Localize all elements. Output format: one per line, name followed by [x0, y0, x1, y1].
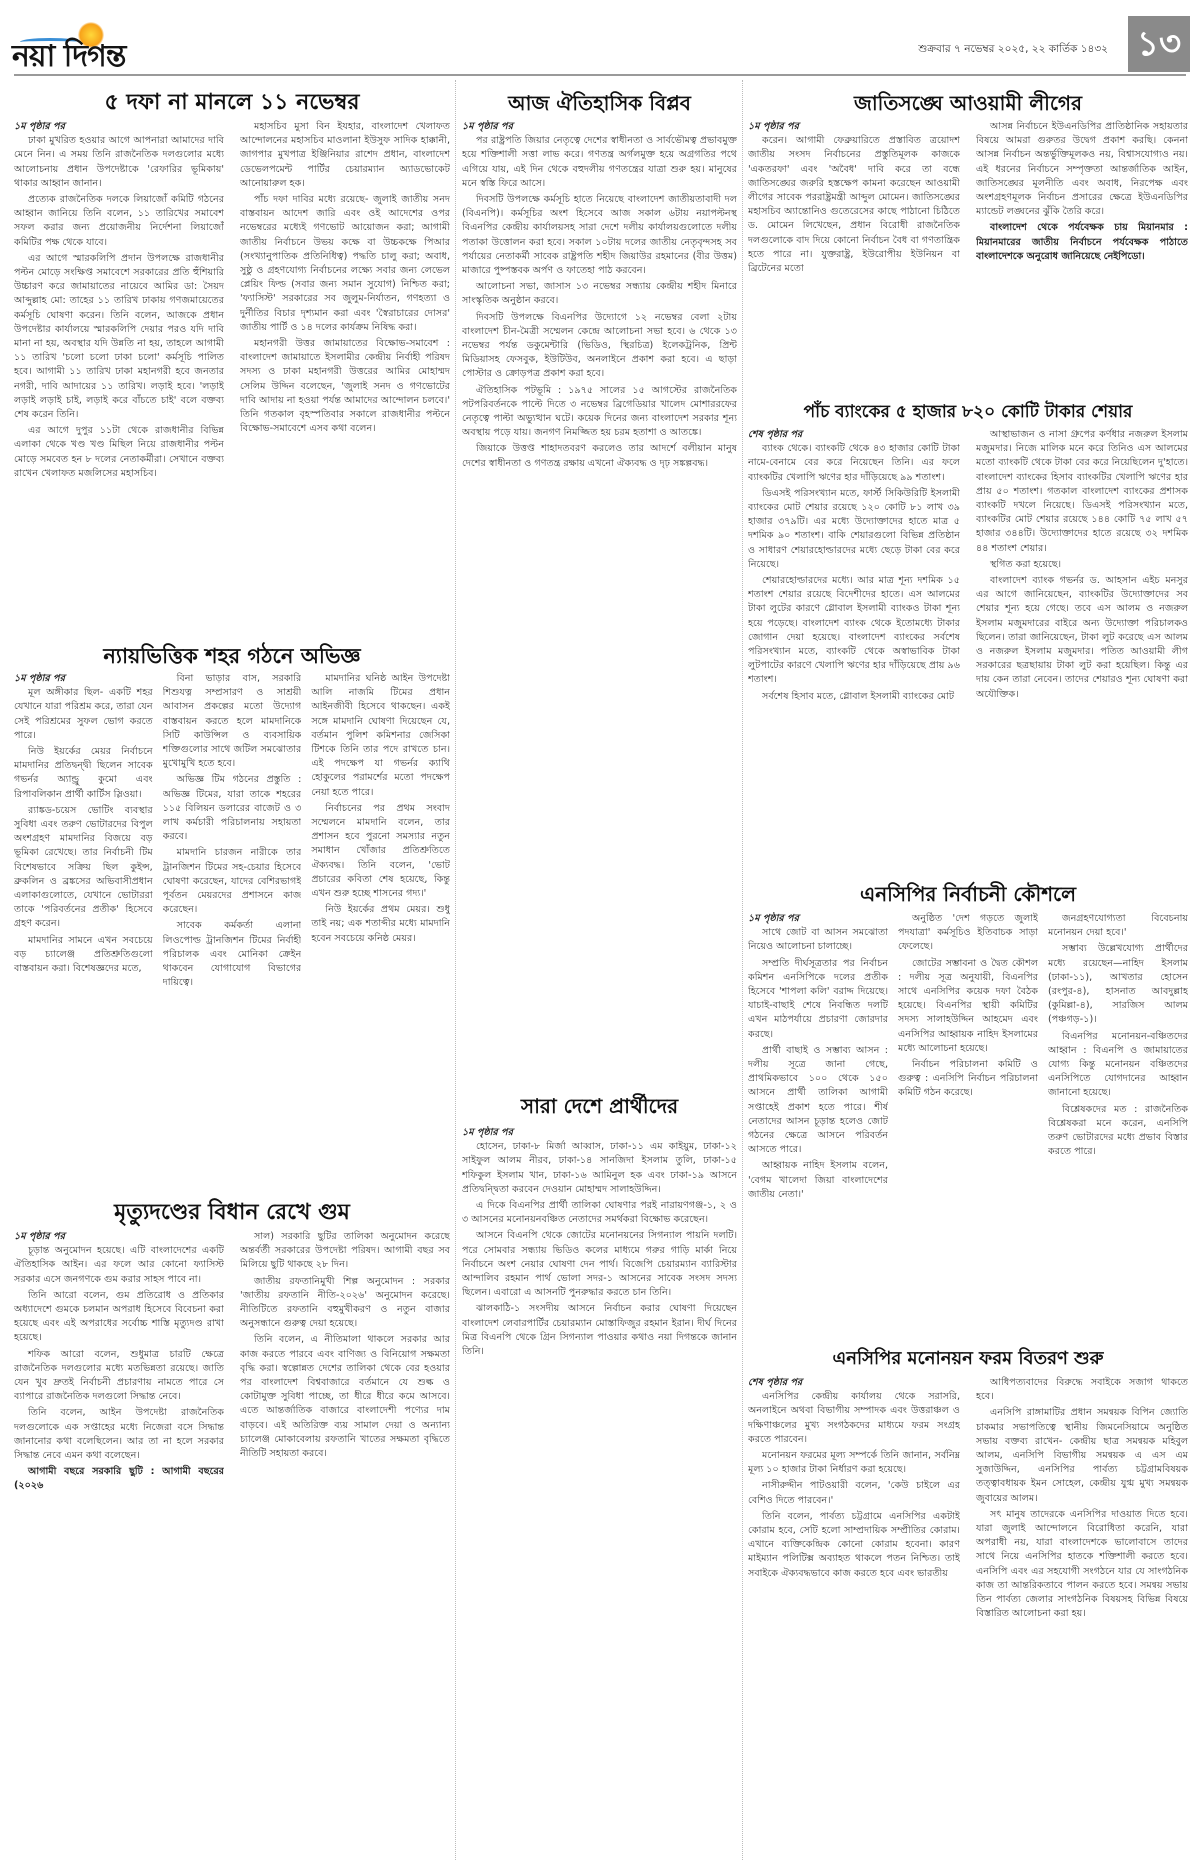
paragraph: নিউ ইয়র্কের প্রথম মেয়র। শুধু তাই নয়; …	[311, 903, 450, 946]
article-column: শেষ পৃষ্ঠার পর ব্যাংক থেকে। ব্যাংকটি থেক…	[748, 428, 960, 858]
dateline: শুক্রবার ৭ নভেম্বর ২০২৫, ২২ কার্তিক ১৪৩২	[918, 42, 1108, 59]
article-column: ১ম পৃষ্ঠার পর চূড়ান্ত অনুমোদন হয়েছে। এ…	[14, 1230, 224, 1855]
paragraph: শেয়ারহোল্ডারদের মধ্যে। আর মাত্র শূন্য দ…	[748, 574, 960, 688]
paragraph: নির্বাচনের পর প্রথম সংবাদ সম্মেলনে মামদা…	[311, 802, 450, 901]
paragraph: দিবসটি উপলক্ষে বিএনপির উদ্যোগে ১২ নভেম্ব…	[462, 311, 737, 382]
headline[interactable]: সারা দেশে প্রার্থীদের	[462, 1086, 737, 1126]
paragraph: স্থগিত করা হয়েছে।	[976, 558, 1188, 572]
article-column: ১ম পৃষ্ঠার পর সাথে জোট বা আসন সমঝোতা নিয…	[748, 912, 888, 1332]
paragraph: পাঁচ দফা দাবির মধ্যে রয়েছে- জুলাই জাতীয…	[240, 193, 450, 335]
article-historic-revolution[interactable]: আজ ঐতিহাসিক বিপ্লব ১ম পৃষ্ঠার পর পর রাষ্…	[462, 86, 737, 1076]
paragraph: এ দিকে বিএনপির প্রার্থী তালিকা ঘোষণার পর…	[462, 1199, 737, 1227]
paragraph: বিশ্লেষকদের মত : রাজনৈতিক বিশ্লেষকরা মনে…	[1048, 1103, 1188, 1160]
article-column: ১ম পৃষ্ঠার পর করেন। আগামী ফেব্রুয়ারিতে …	[748, 120, 960, 380]
paragraph: সাল) সরকারি ছুটির তালিকা অনুমোদন করেছে অ…	[240, 1230, 450, 1273]
headline[interactable]: মৃত্যুদণ্ডের বিধান রেখে গুম	[14, 1196, 450, 1230]
paragraph: ঐতিহাসিক পটভূমি : ১৯৭৫ সালের ১৫ আগস্টের …	[462, 384, 737, 441]
continued-label: ১ম পৃষ্ঠার পর	[748, 912, 888, 926]
paragraph: ঝালকাঠি-১ সংসদীয় আসনে নির্বাচন করার ঘোষ…	[462, 1302, 737, 1359]
paragraph: মামদানি চারজন নারীকে তার ট্রানজিশন টিমের…	[163, 846, 302, 917]
paragraph: বিনা ভাড়ার বাস, সরকারি শিশুযত্ন সম্প্রস…	[163, 672, 302, 771]
masthead: নয়া দিগন্ত শুক্রবার ৭ নভেম্বর ২০২৫, ২২ …	[0, 0, 1200, 76]
paragraph: আসন্ন নির্বাচনে ইউএনডিপির প্রাতিষ্ঠানিক …	[976, 120, 1188, 219]
paragraph: এর আগে স্মারকলিপি প্রদান উপলক্ষে রাজধানী…	[14, 252, 224, 422]
continued-label: ১ম পৃষ্ঠার পর	[462, 1126, 737, 1140]
continued-label: শেষ পৃষ্ঠার পর	[748, 1376, 960, 1390]
masthead-rule	[14, 74, 1186, 76]
newspaper-logo[interactable]: নয়া দিগন্ত	[12, 18, 212, 70]
paragraph: সম্প্রতি দীর্ঘসূত্রতার পর নির্বাচন কমিশন…	[748, 957, 888, 1042]
paragraph: ঢাকা মুখরিত হওয়ার আগে আপনারা আমাদের দাব…	[14, 134, 224, 191]
paragraph: তিনি বলেন, পার্বত্য চট্টগ্রামে এনসিপির এ…	[748, 1510, 960, 1581]
article-column: ১ম পৃষ্ঠার পর মূল অঙ্গীকার ছিল- একটি শহর…	[14, 672, 153, 1177]
paragraph: জিয়াকে উত্তপ্ত শাহাদতবরণ করলেও তার আদর্…	[462, 442, 737, 470]
paragraph: মামদানির ঘনিষ্ঠ আইন উপদেষ্টা আলি নাজমি ট…	[311, 672, 450, 800]
continued-label: ১ম পৃষ্ঠার পর	[14, 1230, 224, 1244]
paragraph: সম্ভাব্য উল্লেখযোগ্য প্রার্থীদের মধ্যে র…	[1048, 942, 1188, 1027]
paragraph: নির্বাচন পরিচালনা কমিটি ও গুরুত্ব : এনসি…	[898, 1058, 1038, 1101]
paragraph: বাংলাদেশ ব্যাংক গভর্নর ড. আহসান এইচ মনসু…	[976, 574, 1188, 702]
continued-label: ১ম পৃষ্ঠার পর	[462, 120, 737, 134]
paragraph: ডিএসই পরিসংখ্যান মতে, ফার্স্ট সিকিউরিটি …	[748, 487, 960, 572]
headline[interactable]: এনসিপির মনোনয়ন ফরম বিতরণ শুরু	[748, 1342, 1188, 1376]
paragraph: অভিজ্ঞ টিম গঠনের প্রস্তুতি : অভিজ্ঞ টিমে…	[163, 773, 302, 844]
paragraph: তিনি বলেন, আইন উপদেষ্টা রাজনৈতিক দলগুলোক…	[14, 1406, 224, 1463]
paragraph: মূল অঙ্গীকার ছিল- একটি শহর যেখানে যারা প…	[14, 686, 153, 743]
article-column: ১ম পৃষ্ঠার পর পর রাষ্ট্রপতি জিয়ার নেতৃত…	[462, 120, 737, 1070]
paragraph: আধিপত্যবাদের বিরুদ্ধে সবাইকে সজাগ থাকতে …	[976, 1376, 1188, 1404]
article-just-city[interactable]: ন্যায়ভিত্তিক শহর গঠনে অভিজ্ঞ ১ম পৃষ্ঠার…	[14, 640, 450, 1180]
article-column: মহাসচিব মুসা বিন ইযহার, বাংলাদেশ খেলাফত …	[240, 120, 450, 625]
article-ncp-strategy[interactable]: এনসিপির নির্বাচনী কৌশলে ১ম পৃষ্ঠার পর সা…	[748, 876, 1188, 1336]
paragraph: জোটের সম্ভাবনা ও দ্বৈত কৌশল : দলীয় সূত্…	[898, 957, 1038, 1056]
continued-label: ১ম পৃষ্ঠার পর	[14, 120, 224, 134]
article-candidates[interactable]: সারা দেশে প্রার্থীদের ১ম পৃষ্ঠার পর হোসে…	[462, 1086, 737, 1861]
continued-label: ১ম পৃষ্ঠার পর	[748, 120, 960, 134]
paragraph: সৎ মানুষ তাদেরকে এনসিপির দাওয়াত দিতে হব…	[976, 1508, 1188, 1622]
article-death-penalty[interactable]: মৃত্যুদণ্ডের বিধান রেখে গুম ১ম পৃষ্ঠার প…	[14, 1196, 450, 1861]
subheading-paragraph: বাংলাদেশ থেকে পর্যবেক্ষক চায় মিয়ানমার …	[976, 221, 1188, 264]
headline[interactable]: আজ ঐতিহাসিক বিপ্লব	[462, 86, 737, 120]
paragraph: তিনি আরো বলেন, গুম প্রতিরোধ ও প্রতিকার অ…	[14, 1289, 224, 1346]
column-divider	[455, 80, 456, 1860]
article-column: ১ম পৃষ্ঠার পর হোসেন, ঢাকা-৮ মির্জা আব্বা…	[462, 1126, 737, 1856]
subheading-paragraph: আগামী বছরে সরকারি ছুটি : আগামী বছরের (২০…	[14, 1465, 224, 1493]
paragraph: চূড়ান্ত অনুমোদন হয়েছে। এটি বাংলাদেশের …	[14, 1244, 224, 1287]
paragraph: নিউ ইয়র্কের মেয়র নির্বাচনে মামদানির প্…	[14, 745, 153, 802]
article-ncp-forms[interactable]: এনসিপির মনোনয়ন ফরম বিতরণ শুরু শেষ পৃষ্ঠ…	[748, 1342, 1188, 1862]
paragraph: আস্থাভাজন ও নাসা গ্রুপের কর্ণধার নজরুল ই…	[976, 428, 1188, 556]
article-column: আধিপত্যবাদের বিরুদ্ধে সবাইকে সজাগ থাকতে …	[976, 1376, 1188, 1856]
paragraph: এনসিপির কেন্দ্রীয় কার্যালয় থেকে সরাসরি…	[748, 1390, 960, 1447]
article-column: শেষ পৃষ্ঠার পর এনসিপির কেন্দ্রীয় কার্যা…	[748, 1376, 960, 1856]
paragraph: সাথে জোট বা আসন সমঝোতা নিয়েও আলোচনা চাল…	[748, 926, 888, 954]
continued-label: ১ম পৃষ্ঠার পর	[14, 672, 153, 686]
paragraph: প্রার্থী বাছাই ও সম্ভাব্য আসন : দলীয় সূ…	[748, 1044, 888, 1158]
paragraph: আহ্বায়ক নাহিদ ইসলাম বলেন, 'বেগম খালেদা …	[748, 1159, 888, 1202]
paragraph: মনোনয়ন ফরমের মূল্য সম্পর্কে তিনি জানান,…	[748, 1449, 960, 1477]
paragraph: দিবসটি উপলক্ষে কর্মসূচি হাতে নিয়েছে বাং…	[462, 193, 737, 278]
paragraph: আলোচনা সভা, জাসাস ১৩ নভেম্বর সন্ধ্যায় ক…	[462, 280, 737, 308]
paragraph: ব্যাংক থেকে। ব্যাংকটি থেকে ৪৩ হাজার কোটি…	[748, 442, 960, 485]
article-un-awami[interactable]: জাতিসঙ্ঘে আওয়ামী লীগের ১ম পৃষ্ঠার পর কর…	[748, 86, 1188, 386]
headline[interactable]: ৫ দফা না মানলে ১১ নভেম্বর	[14, 86, 450, 120]
paragraph: জাতীয় রফতানিমুখী শিল্প অনুমোদন : সরকার …	[240, 1275, 450, 1332]
paragraph: আসনে বিএনপি থেকে জোটের মনোনয়নের সিগন্যা…	[462, 1229, 737, 1300]
headline[interactable]: পাঁচ ব্যাংকের ৫ হাজার ৮২০ কোটি টাকার শেয…	[748, 396, 1188, 428]
paragraph: পর রাষ্ট্রপতি জিয়ার নেতৃত্বে দেশের স্বা…	[462, 134, 737, 191]
article-bank-shares[interactable]: পাঁচ ব্যাংকের ৫ হাজার ৮২০ কোটি টাকার শেয…	[748, 396, 1188, 866]
paragraph: র‍্যাঙ্কড-চয়েস ভোটিং ব্যবস্থার সুবিধা এ…	[14, 804, 153, 932]
headline[interactable]: ন্যায়ভিত্তিক শহর গঠনে অভিজ্ঞ	[14, 640, 450, 672]
paragraph: এনসিপি রাঙ্গামাটির প্রধান সমন্বয়ক বিপিন…	[976, 1406, 1188, 1505]
paragraph: নাসীরুদ্দীন পাটওয়ারী বলেন, 'কেউ চাইলে এ…	[748, 1479, 960, 1507]
paragraph: প্রত্যেক রাজনৈতিক দলকে লিয়াজোঁ কমিটি গঠ…	[14, 193, 224, 250]
paragraph: জনগ্রহণযোগ্যতা বিবেচনায় মনোনয়ন দেয়া হ…	[1048, 912, 1188, 940]
article-column: ১ম পৃষ্ঠার পর ঢাকা মুখরিত হওয়ার আগে আপন…	[14, 120, 224, 625]
article-column: জনগ্রহণযোগ্যতা বিবেচনায় মনোনয়ন দেয়া হ…	[1048, 912, 1188, 1332]
paragraph: সর্বশেষ হিসাব মতে, গ্লোবাল ইসলামী ব্যাংক…	[748, 690, 960, 704]
article-column: আসন্ন নির্বাচনে ইউএনডিপির প্রাতিষ্ঠানিক …	[976, 120, 1188, 380]
paragraph: মামদানির সামনে এখন সবচেয়ে বড় চ্যালেঞ্জ…	[14, 934, 153, 977]
article-column: অনুষ্ঠিত 'দেশ গড়তে জুলাই পদযাত্রা' কর্ম…	[898, 912, 1038, 1332]
article-column: বিনা ভাড়ার বাস, সরকারি শিশুযত্ন সম্প্রস…	[163, 672, 302, 1177]
paragraph: অনুষ্ঠিত 'দেশ গড়তে জুলাই পদযাত্রা' কর্ম…	[898, 912, 1038, 955]
paragraph: তিনি বলেন, এ নীতিমালা থাকলে সরকার আর কাজ…	[240, 1333, 450, 1461]
paragraph: বিএনপির মনোনয়ন-বঞ্চিতদের আহ্বান : বিএনপ…	[1048, 1030, 1188, 1101]
article-column: মামদানির ঘনিষ্ঠ আইন উপদেষ্টা আলি নাজমি ট…	[311, 672, 450, 1177]
headline[interactable]: এনসিপির নির্বাচনী কৌশলে	[748, 876, 1188, 912]
article-column: সাল) সরকারি ছুটির তালিকা অনুমোদন করেছে অ…	[240, 1230, 450, 1855]
paragraph: হোসেন, ঢাকা-৮ মির্জা আব্বাস, ঢাকা-১১ এম …	[462, 1140, 737, 1197]
article-column: আস্থাভাজন ও নাসা গ্রুপের কর্ণধার নজরুল ই…	[976, 428, 1188, 858]
continued-label: শেষ পৃষ্ঠার পর	[748, 428, 960, 442]
paragraph: শফিক আরো বলেন, শুধুমাত্র চারটি ক্ষেত্রে …	[14, 1348, 224, 1405]
paragraph: করেন। আগামী ফেব্রুয়ারিতে প্রস্তাবিত ত্র…	[748, 134, 960, 276]
paragraph: সাবেক কর্মকর্তা এলানা লিওপোল্ড ট্রানজিশন…	[163, 919, 302, 990]
paragraph: এর আগে দুপুর ১১টা থেকে রাজধানীর বিভিন্ন …	[14, 424, 224, 481]
paragraph: মহানগরী উত্তর জামায়াতের বিক্ষোভ-সমাবেশ …	[240, 337, 450, 436]
headline[interactable]: জাতিসঙ্ঘে আওয়ামী লীগের	[748, 86, 1188, 120]
column-divider	[742, 80, 743, 1860]
paragraph: মহাসচিব মুসা বিন ইযহার, বাংলাদেশ খেলাফত …	[240, 120, 450, 191]
article-five-point[interactable]: ৫ দফা না মানলে ১১ নভেম্বর ১ম পৃষ্ঠার পর …	[14, 86, 450, 631]
page-number: ১৩	[1128, 16, 1190, 72]
